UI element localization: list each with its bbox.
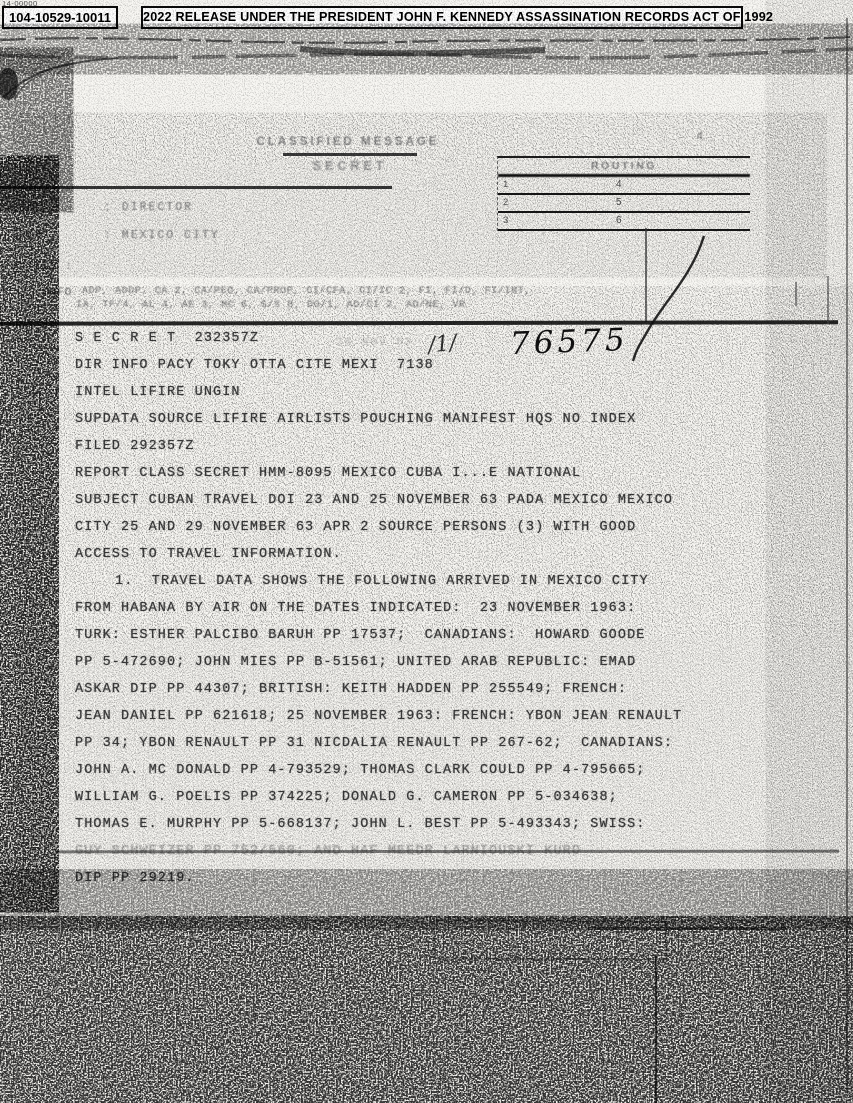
message-line: JOHN A. MC DONALD PP 4-793529; THOMAS CL… [75,763,795,790]
message-line: ACCESS TO TRAVEL INFORMATION. [75,547,795,574]
message-line: INTEL LIFIRE UNGIN [75,385,795,412]
message-line: CITY 25 AND 29 NOVEMBER 63 APR 2 SOURCE … [75,520,795,547]
stamp-box [433,919,667,960]
message-line: ASKAR DIP PP 44307; BRITISH: KEITH HADDE… [75,682,795,709]
field-to-value: : DIRECTOR [104,201,193,214]
message-line: SUBJECT CUBAN TRAVEL DOI 23 AND 25 NOVEM… [75,493,795,520]
message-line: TURK: ESTHER PALCIBO BARUH PP 17537; CAN… [75,628,795,655]
field-from-value: : MEXICO CITY [104,229,220,242]
message-line: GUY SCHWEIZER PP 752/560; AND HAF MEEDR … [75,844,795,871]
message-line: 1. TRAVEL DATA SHOWS THE FOLLOWING ARRIV… [75,574,795,601]
routing-column-line [645,228,647,322]
scanned-document-page: 14-00000 104-10529-10011 2022 RELEASE UN… [0,0,853,1103]
routing-row: 36 [498,213,750,231]
message-line: SUPDATA SOURCE LIFIRE AIRLISTS POUCHING … [75,412,795,439]
routing-cell: 3 [503,213,508,228]
message-line: REPORT CLASS SECRET HMM-8095 MEXICO CUBA… [75,466,795,493]
routing-cell: 6 [616,213,622,228]
ink-blob [0,68,18,100]
title-underline [283,153,417,156]
page-edge-line [846,18,848,1093]
field-info-line2: IA, TF/4, AL 4, AE 3, MC 6, S/S 8, DO/1,… [76,300,465,311]
message-line: THOMAS E. MURPHY PP 5-668137; JOHN L. BE… [75,817,795,844]
routing-rows: 142536 [498,177,750,231]
field-to-label: TO [22,202,37,214]
routing-cell: 2 [503,195,508,210]
message-line: FROM HABANA BY AIR ON THE DATES INDICATE… [75,601,795,628]
routing-row: 25 [498,195,750,213]
message-line: PP 5-472690; JOHN MIES PP B-51561; UNITE… [75,655,795,682]
classified-message-title: CLASSIFIED MESSAGE [248,136,448,148]
message-line: JEAN DANIEL PP 621618; 25 NOVEMBER 1963:… [75,709,795,736]
message-body: S E C R E T 232357ZDIR INFO PACY TOKY OT… [75,331,795,898]
record-number-box: 104-10529-10011 [2,6,118,29]
message-line: DIP PP 29219. [75,871,795,898]
smudge-line [0,37,853,43]
smudge-line [0,49,853,58]
secret-classification: SECRET [300,159,400,173]
smudge-blob [300,49,545,53]
margin-tick [795,282,797,306]
message-line: FILED 292357Z [75,439,795,466]
routing-cell: 5 [616,195,622,210]
routing-cell: 1 [503,177,508,192]
field-info-line1: ADP, ADDP, CA 2, CA/PEO, CA/PROP, CI/CFA… [82,286,531,297]
field-from-label: FROM [12,230,42,242]
field-info-label: INFO [42,287,72,299]
page-curl-line [14,74,44,100]
message-line: S E C R E T 232357Z [75,331,795,358]
routing-title: ROUTING [498,158,750,177]
bottom-fold-line [655,956,657,1103]
margin-tick [827,276,829,324]
routing-table: ROUTING 142536 [497,156,750,231]
section-rule [0,320,838,325]
header-rule [0,186,392,189]
routing-cell: 4 [616,177,622,192]
field-action-label: ACTION : [12,261,73,273]
message-line: WILLIAM G. POELIS PP 374225; DONALD G. C… [75,790,795,817]
stamp-smear-line [588,927,786,930]
message-line: PP 34; YBON RENAULT PP 31 NICDALIA RENAU… [75,736,795,763]
message-line: DIR INFO PACY TOKY OTTA CITE MEXI 7138 [75,358,795,385]
routing-row: 14 [498,177,750,195]
faint-number: 4. [697,131,705,142]
release-banner-box: 2022 RELEASE UNDER THE PRESIDENT JOHN F.… [141,6,743,29]
page-curl-line [4,58,118,97]
